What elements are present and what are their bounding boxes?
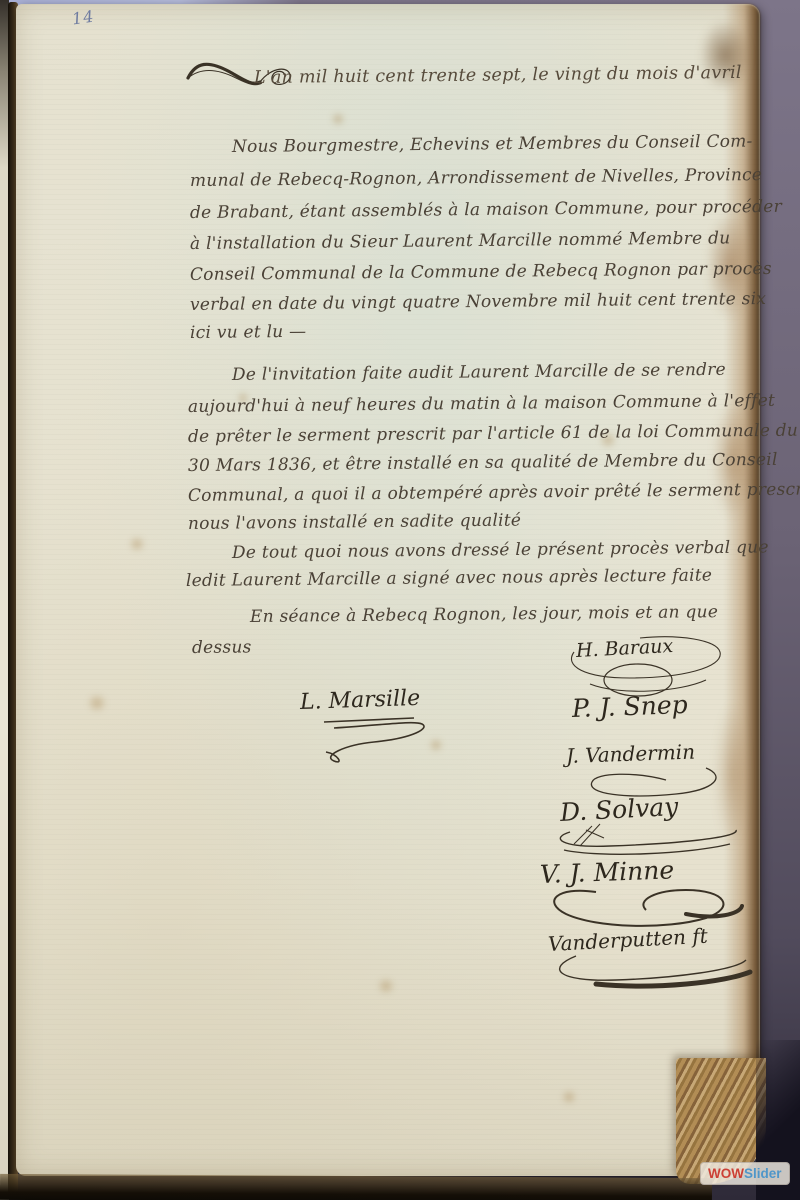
signature-marsille: L. Marsille	[300, 686, 421, 715]
page-bottom-edge	[0, 1174, 712, 1200]
signature-flourish	[304, 716, 454, 766]
watermark-slider-text: Slider	[744, 1163, 782, 1184]
signature-flourish	[536, 950, 756, 992]
photographed-manuscript-page: 14 L'an mil huit cent trente sept, le vi…	[0, 0, 800, 1200]
foxing-spot	[330, 112, 346, 126]
manuscript-line: ici vu et lu —	[190, 322, 307, 343]
manuscript-line: nous l'avons installé en sadite qualité	[188, 511, 521, 534]
foxing-spot	[376, 978, 396, 994]
manuscript-line: dessus	[192, 637, 252, 658]
foxing-spot	[128, 536, 146, 552]
wowslider-watermark[interactable]: WOWSlider	[700, 1162, 790, 1185]
signature-snep: P. J. Snep	[571, 690, 688, 723]
foxing-spot	[560, 1090, 578, 1104]
foxing-spot	[86, 694, 108, 712]
watermark-wow-text: WOW	[708, 1163, 744, 1184]
page-number: 14	[71, 7, 96, 29]
